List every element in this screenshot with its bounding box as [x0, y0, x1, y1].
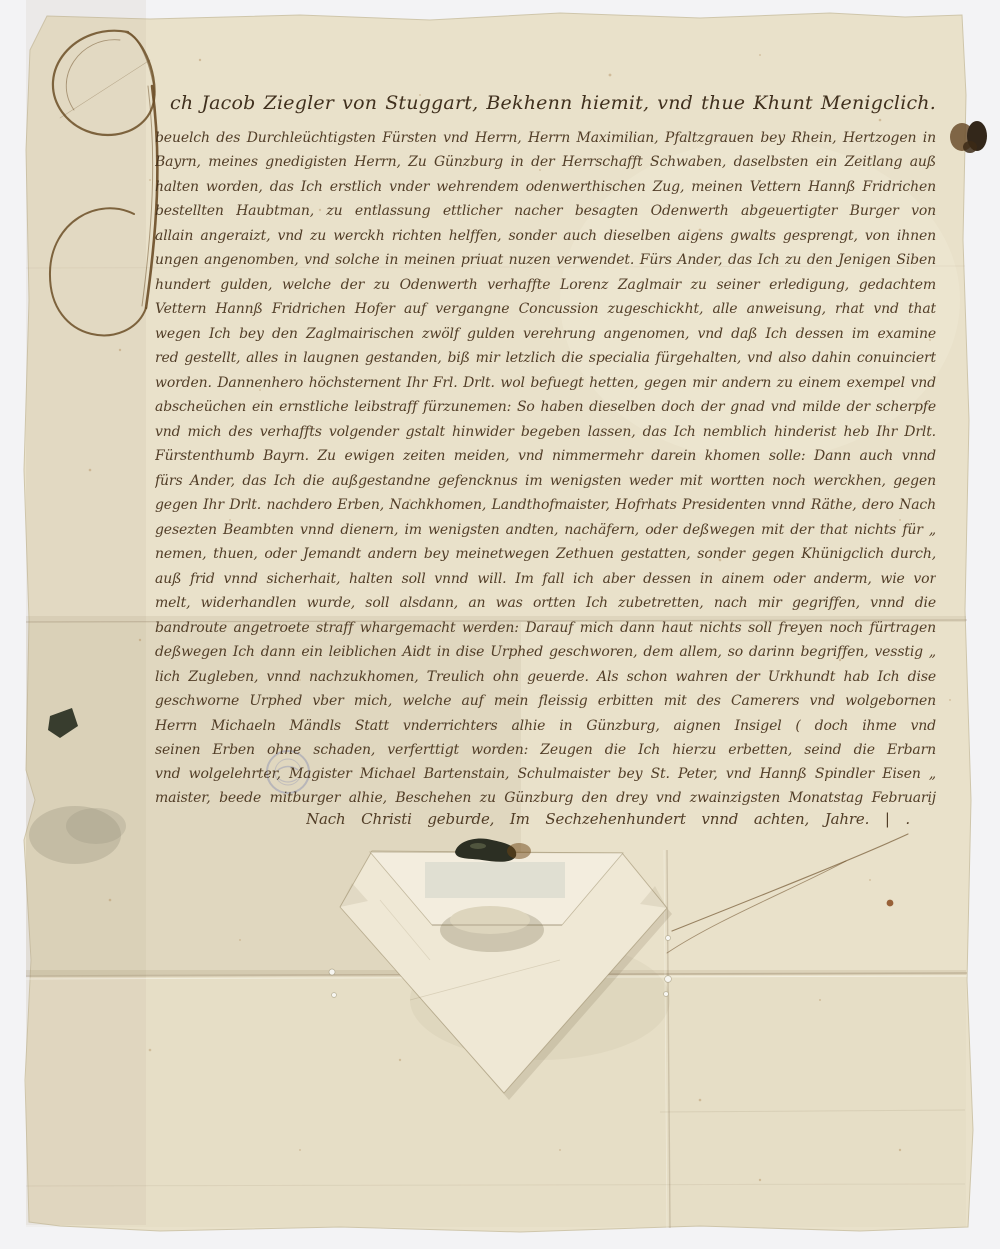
manuscript-line: wegen Ich bey den Zaglmairischen zwölf g…	[155, 324, 936, 347]
manuscript-line: Vettern Hannß Fridrichen Hofer auf verga…	[155, 299, 936, 322]
manuscript-line: deßwegen Ich dann ein leiblichen Aidt in…	[155, 642, 936, 665]
manuscript-line: red gestellt, alles in laugnen gestanden…	[155, 348, 936, 371]
manuscript-line: Herrn Michaeln Mändls Statt vnderrichter…	[155, 716, 936, 739]
manuscript-line: fürs Ander, das Ich die außgestandne gef…	[155, 471, 936, 494]
manuscript-line: nemen, thuen, oder Jemandt andern bey me…	[155, 544, 936, 567]
manuscript-line: seinen Erben ohne schaden, verferttigt w…	[155, 740, 936, 763]
manuscript-line: bandroute angetroete straff whargemacht …	[155, 618, 936, 641]
manuscript-scan: J ch Jacob Ziegler von Stuggart, Bekhenn…	[0, 0, 1000, 1249]
manuscript-line: ch Jacob Ziegler von Stuggart, Bekhenn h…	[170, 88, 936, 120]
manuscript-line: geschworne Urphed vber mich, welche auf …	[155, 691, 936, 714]
manuscript-line: Fürstenthumb Bayrn. Zu ewigen zeiten mei…	[155, 446, 936, 469]
manuscript-line: lich Zugleben, vnnd nachzukhomen, Treuli…	[155, 667, 936, 690]
manuscript-line: vnd wolgelehrter, Magister Michael Barte…	[155, 764, 936, 787]
manuscript-line: hundert gulden, welche der zu Odenwerth …	[155, 275, 936, 298]
manuscript-line: bestellten Haubtman, zu entlassung ettli…	[155, 201, 936, 224]
manuscript-line: vnd mich des verhaffts volgender gstalt …	[155, 422, 936, 445]
manuscript-line: auß frid vnnd sicherhait, halten soll vn…	[155, 569, 936, 592]
manuscript-line: abscheüchen ein ernstliche leibstraff fü…	[155, 397, 936, 420]
manuscript-date-line: Nach Christi geburde, Im Sechzehenhunder…	[306, 808, 910, 834]
manuscript-line: gegen Ihr Drlt. nachdero Erben, Nachkhom…	[155, 495, 936, 518]
manuscript-line: worden. Dannenhero höchsternent Ihr Frl.…	[155, 373, 936, 396]
manuscript-line: ungen angenomben, vnd solche in meinen p…	[155, 250, 936, 273]
manuscript-line: gesezten Beambten vnnd dienern, im wenig…	[155, 520, 936, 543]
manuscript-line: halten worden, das Ich erstlich vnder we…	[155, 177, 936, 200]
manuscript-line: melt, widerhandlen wurde, soll alsdann, …	[155, 593, 936, 616]
manuscript-line: beuelch des Durchleüchtigsten Fürsten vn…	[155, 128, 936, 151]
manuscript-line: allain angeraizt, vnd zu werckh richten …	[155, 226, 936, 249]
manuscript-text: J ch Jacob Ziegler von Stuggart, Bekhenn…	[0, 0, 1000, 1249]
manuscript-line: Bayrn, meines gnedigisten Herrn, Zu Günz…	[155, 152, 936, 175]
